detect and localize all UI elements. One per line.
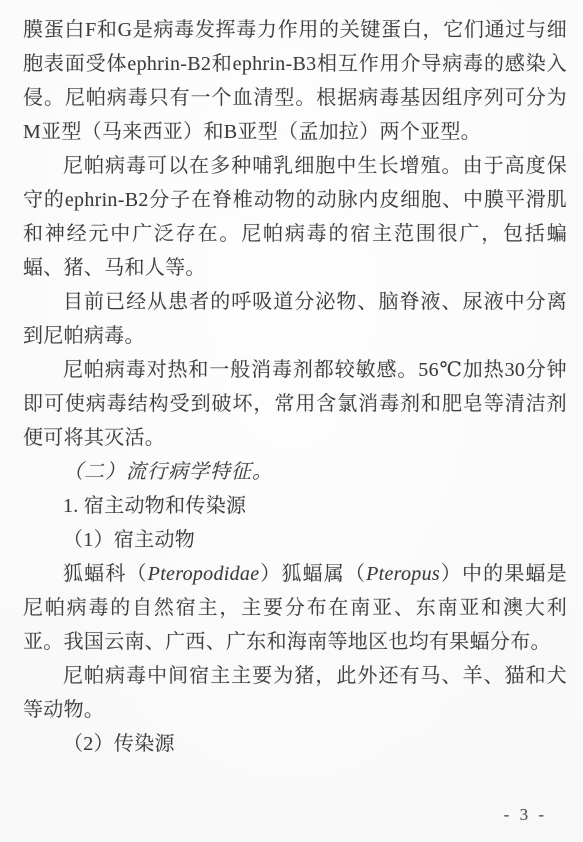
species-name-pteropodidae: Pteropodidae xyxy=(148,563,260,585)
fruit-bats-text-1: 狐蝠科（ xyxy=(63,563,148,585)
heading-epidemiology-section: （二）流行病学特征。 xyxy=(23,455,567,489)
paragraph-heat-sensitivity: 尼帕病毒对热和一般消毒剂都较敏感。56℃加热30分钟即可使病毒结构受到破坏，常用… xyxy=(23,353,567,455)
heading-host-animals: （1）宿主动物 xyxy=(23,523,567,557)
heading-host-animals-and-sources: 1. 宿主动物和传染源 xyxy=(23,489,567,523)
document-body: 膜蛋白F和G是病毒发挥毒力作用的关键蛋白，它们通过与细胞表面受体ephrin-B… xyxy=(23,13,567,761)
paragraph-host-range: 尼帕病毒可以在多种哺乳细胞中生长增殖。由于高度保守的ephrin-B2分子在脊椎… xyxy=(23,149,567,285)
page-number: - 3 - xyxy=(504,805,547,825)
paragraph-intermediate-hosts: 尼帕病毒中间宿主主要为猪，此外还有马、羊、猫和犬等动物。 xyxy=(23,659,567,727)
heading-infection-source: （2）传染源 xyxy=(23,727,567,761)
species-name-pteropus: Pteropus xyxy=(366,563,440,585)
document-page: 膜蛋白F和G是病毒发挥毒力作用的关键蛋白，它们通过与细胞表面受体ephrin-B… xyxy=(0,0,583,842)
fruit-bats-text-2: ）狐蝠属（ xyxy=(259,563,366,585)
paragraph-virus-isolation: 目前已经从患者的呼吸道分泌物、脑脊液、尿液中分离到尼帕病毒。 xyxy=(23,285,567,353)
paragraph-membrane-proteins: 膜蛋白F和G是病毒发挥毒力作用的关键蛋白，它们通过与细胞表面受体ephrin-B… xyxy=(23,13,567,149)
paragraph-fruit-bats: 狐蝠科（Pteropodidae）狐蝠属（Pteropus）中的果蝠是尼帕病毒的… xyxy=(23,557,567,659)
